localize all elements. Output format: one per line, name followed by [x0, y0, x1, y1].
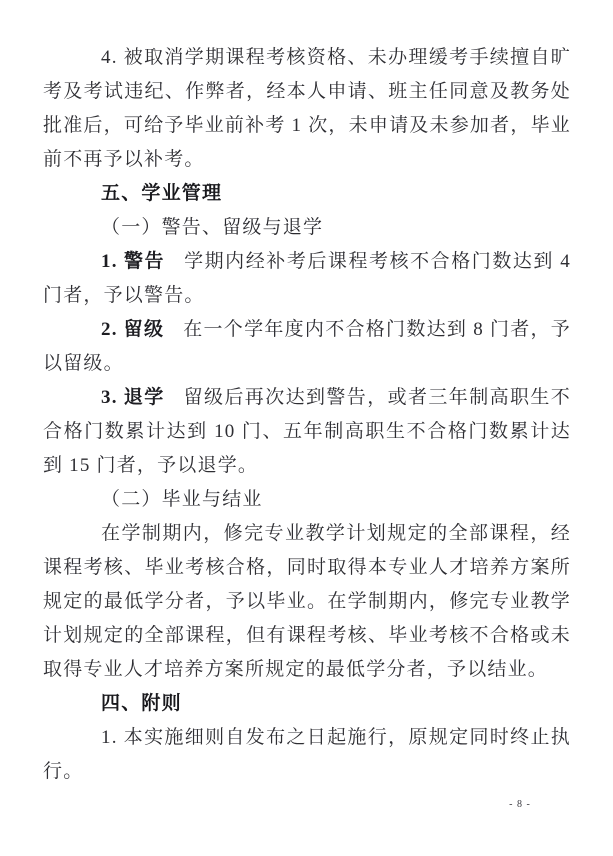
paragraph-dismissal-rule: 3. 退学留级后再次达到警告，或者三年制高职生不合格门数累计达到 10 门、五年…	[43, 381, 571, 483]
term-retention: 2. 留级	[101, 319, 164, 340]
term-dismissal: 3. 退学	[101, 387, 165, 408]
paragraph-warning-rule: 1. 警告学期内经补考后课程考核不合格门数达到 4 门者，予以警告。	[43, 245, 571, 313]
document-page: 4. 被取消学期课程考核资格、未办理缓考手续擅自旷考及考试违纪、作弊者，经本人申…	[0, 0, 613, 856]
document-viewer: { "document": { "intro_paragraph": "4. 被…	[0, 0, 613, 856]
section-heading-academic-management: 五、学业管理	[43, 177, 571, 211]
subsection-heading-graduation-completion: （二）毕业与结业	[43, 483, 571, 517]
paragraph-retention-rule: 2. 留级在一个学年度内不合格门数达到 8 门者，予以留级。	[43, 313, 571, 381]
page-number: - 8 -	[504, 799, 536, 810]
subsection-heading-warning-retention-dismissal: （一）警告、留级与退学	[43, 211, 571, 245]
term-warning: 1. 警告	[101, 251, 165, 272]
paragraph-effective-date-rule: 1. 本实施细则自发布之日起施行，原规定同时终止执行。	[43, 721, 571, 789]
paragraph-graduation-completion-rule: 在学制期内，修完专业教学计划规定的全部课程，经课程考核、毕业考核合格，同时取得本…	[43, 517, 571, 687]
section-heading-supplementary-provisions: 四、附则	[43, 687, 571, 721]
document-content: 4. 被取消学期课程考核资格、未办理缓考手续擅自旷考及考试违纪、作弊者，经本人申…	[43, 41, 571, 789]
paragraph-makeup-exam-rule: 4. 被取消学期课程考核资格、未办理缓考手续擅自旷考及考试违纪、作弊者，经本人申…	[43, 41, 571, 177]
